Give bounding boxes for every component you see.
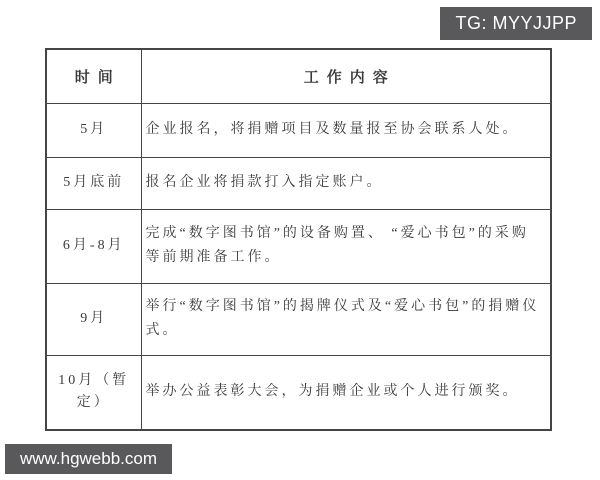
- table-row: 5月 企业报名，将捐赠项目及数量报至协会联系人处。: [46, 103, 551, 157]
- table-header-row: 时间 工作内容: [46, 49, 551, 103]
- table-row: 10月（暂定） 举办公益表彰大会，为捐赠企业或个人进行颁奖。: [46, 355, 551, 430]
- column-header-time: 时间: [46, 49, 141, 103]
- time-cell: 5月底前: [46, 157, 141, 209]
- time-cell: 10月（暂定）: [46, 355, 141, 430]
- schedule-table: 时间 工作内容 5月 企业报名，将捐赠项目及数量报至协会联系人处。 5月底前 报…: [45, 48, 552, 431]
- table-row: 9月 举行“数字图书馆”的揭牌仪式及“爱心书包”的捐赠仪式。: [46, 283, 551, 355]
- content-cell: 举行“数字图书馆”的揭牌仪式及“爱心书包”的捐赠仪式。: [141, 283, 551, 355]
- content-cell: 完成“数字图书馆”的设备购置、 “爱心书包”的采购等前期准备工作。: [141, 209, 551, 283]
- column-header-content: 工作内容: [141, 49, 551, 103]
- content-cell: 举办公益表彰大会，为捐赠企业或个人进行颁奖。: [141, 355, 551, 430]
- website-watermark-badge: www.hgwebb.com: [5, 444, 172, 474]
- time-cell: 6月-8月: [46, 209, 141, 283]
- time-cell: 9月: [46, 283, 141, 355]
- content-cell: 报名企业将捐款打入指定账户。: [141, 157, 551, 209]
- content-cell: 企业报名，将捐赠项目及数量报至协会联系人处。: [141, 103, 551, 157]
- table-row: 6月-8月 完成“数字图书馆”的设备购置、 “爱心书包”的采购等前期准备工作。: [46, 209, 551, 283]
- time-cell: 5月: [46, 103, 141, 157]
- table-row: 5月底前 报名企业将捐款打入指定账户。: [46, 157, 551, 209]
- telegram-watermark-badge: TG: MYYJJPP: [440, 7, 592, 40]
